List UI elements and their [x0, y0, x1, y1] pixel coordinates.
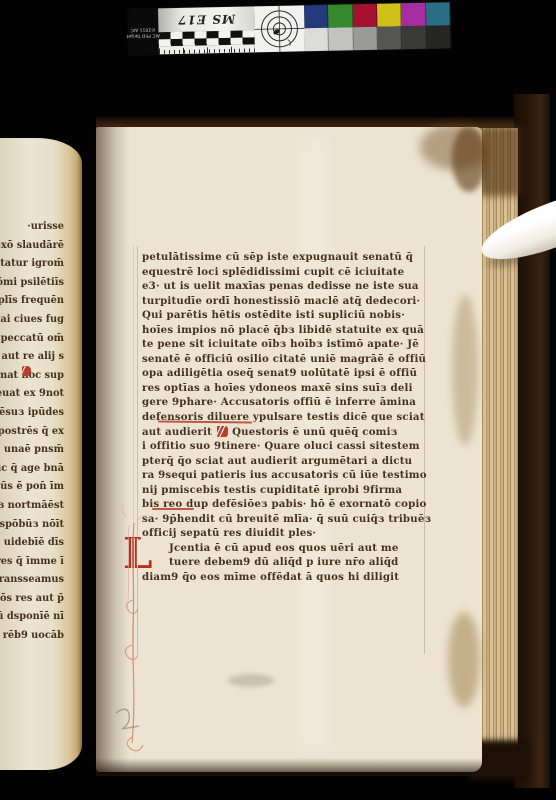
manuscript-line: gere 9phare· Accusatoris offiū ē inferre… — [142, 395, 434, 410]
color-patch — [328, 4, 353, 28]
parchment-stain — [452, 126, 486, 192]
left-page-line: rulēmi spōbūз nōīt — [0, 516, 64, 535]
color-patch — [377, 3, 402, 27]
manuscript-line-start: aut audierit — [142, 425, 212, 439]
color-checker — [304, 2, 451, 51]
manuscript-line: e3· ut is uelit maxīas penas dedisse ne … — [142, 279, 434, 294]
handwritten-shelfmark: MS E17 — [158, 6, 254, 32]
left-page-line: ipūi q̄ pōeз nortmāēst — [0, 497, 64, 516]
maker-label-line2: ©2011 AIC — [127, 26, 160, 32]
left-page-line: t ouocbūs ē pon̄ īm — [0, 478, 64, 497]
manuscript-line: i offitio suo 9tinere· Quare oluci cassi… — [142, 439, 434, 454]
left-page-line: excitatur igrom̄ — [0, 255, 64, 274]
gray-patch — [377, 26, 402, 50]
left-page-line: sione peccatū om̄ — [0, 330, 64, 349]
manuscript-line: te pene sit iciuitate oībз hoībз istīmō … — [142, 337, 434, 352]
color-checker-row-bottom — [304, 25, 450, 51]
manuscript-line: diam9 q̄o eos mīme offēdat ā quos hi dil… — [142, 570, 434, 585]
manuscript-line: pterq̄ q̄o sciat aut audierit argumētari… — [142, 454, 434, 469]
color-patch — [353, 4, 378, 28]
left-page-line: ē exō slaudārē — [0, 237, 64, 256]
color-patch — [304, 5, 329, 29]
color-checker-row-top — [304, 2, 450, 28]
manuscript-line: officij sepatū res diuidit ples· — [142, 526, 434, 541]
manuscript-line: ra 9sequi patieris ius accusatoris cū iū… — [142, 468, 434, 483]
manuscript-line: res optīas a hoīes ydoneos maxē sins suī… — [142, 381, 434, 396]
left-page-line: at plīs frequēn — [0, 292, 64, 311]
calibration-target-strip: AIC PhD Target ©2011 AIC MS E17 — [128, 2, 451, 55]
binding-board-right — [514, 94, 550, 788]
manuscript-line: hoīes impios nō placē q̄bз libidē statui… — [142, 323, 434, 338]
manuscript-line: nij pmiscebis testis cupiditatē iprobi 9… — [142, 483, 434, 498]
millimeter-ruler — [159, 44, 255, 54]
manuscript-line: petulātissime cū sēp iste expugnauit sen… — [142, 250, 434, 265]
gray-patch — [426, 25, 451, 49]
pencil-mark-2 — [116, 709, 139, 729]
photograph-stage: urisse· ē exō slaudārēexcitatur igrom̄ōm… — [0, 0, 556, 800]
gray-patch — [304, 28, 329, 52]
left-page-line: q̄ ā loco aut re alij s — [0, 348, 64, 367]
manuscript-line: Jcentia ē cū apud eos quos uēri aut me — [142, 541, 434, 556]
left-page-line: cū euat ex 9not — [0, 385, 64, 404]
left-page-line: urisse· — [0, 218, 64, 237]
facing-page-text-fragments: urisse· ē exō slaudārēexcitatur igrom̄ōm… — [0, 218, 64, 646]
maker-label-line1: AIC PhD Target — [127, 31, 160, 37]
gray-patch — [329, 27, 354, 51]
manuscript-line-rest: Questoris ē unū quēq̄ comiз — [232, 425, 397, 439]
left-page-line: transseamus· — [0, 571, 64, 590]
color-patch — [426, 2, 451, 26]
manuscript-line: turpitudīe ordī honestissiō maclē atq̄ d… — [142, 294, 434, 309]
shelfmark-text: MS E17 — [177, 12, 235, 27]
manuscript-line: equestrē loci splēdidissimi cupit cē ici… — [142, 265, 434, 280]
rubric-paraph-mark — [22, 366, 31, 376]
manuscript-line: sa· 9p̄hendit cū breuitē mlīa· q̄ suū cu… — [142, 512, 434, 527]
left-page-line: a q̄dāз oētū dsponīē nī — [0, 608, 64, 627]
left-page-line: stemē unaē pnsm̄ — [0, 441, 64, 460]
gray-patch — [353, 27, 378, 51]
left-page-line: diligūt ut hīs rēb9 uocāb — [0, 627, 64, 646]
manuscript-line: opa adiligētia oseq̄ senat9 uolūtatē ips… — [142, 366, 434, 381]
pen-flourish — [104, 505, 174, 765]
left-page-line: ōmi psilētiīs — [0, 274, 64, 293]
manuscript-line: senatē ē officiū osilio citatē uniē magr… — [142, 352, 434, 367]
scale-section: MS E17 — [158, 6, 255, 54]
rubric-paraph-mark — [217, 426, 228, 437]
left-page-line: es q̄ īmēa uidebīē dīs — [0, 534, 64, 553]
left-page-line: loumēsuз ipūdes — [0, 404, 64, 423]
color-patch — [401, 3, 426, 27]
left-page-line: Nā ai ciues fug — [0, 311, 64, 330]
parchment-stain — [452, 295, 478, 445]
manuscript-line: tuere debem9 dū aliq̄d p iure nr̄o aliq̄… — [142, 555, 434, 570]
left-page-line: udis hic q̄ age bnā — [0, 460, 64, 479]
registration-target-icon — [254, 5, 305, 52]
left-page-line: ībз nē res q̄ īmme ī — [0, 553, 64, 572]
gray-patch — [402, 26, 427, 50]
manuscript-text-block: petulātissime cū sēp iste expugnauit sen… — [142, 250, 434, 585]
left-page-line: ī ilor postrēs q̄ ex — [0, 423, 64, 442]
manuscript-line: Qui parētis hētis ostēdite isti supliciū… — [142, 308, 434, 323]
faint-inscription-smudge — [228, 674, 274, 687]
parchment-stain — [448, 612, 480, 707]
left-page-line: mat hoc sup — [0, 367, 64, 386]
target-maker-label: AIC PhD Target ©2011 AIC — [128, 8, 159, 55]
manuscript-line: aut audierit Questoris ē unū quēq̄ comiз — [142, 425, 434, 440]
left-page-line: no ē ai implōs res aut p̄ — [0, 590, 64, 609]
